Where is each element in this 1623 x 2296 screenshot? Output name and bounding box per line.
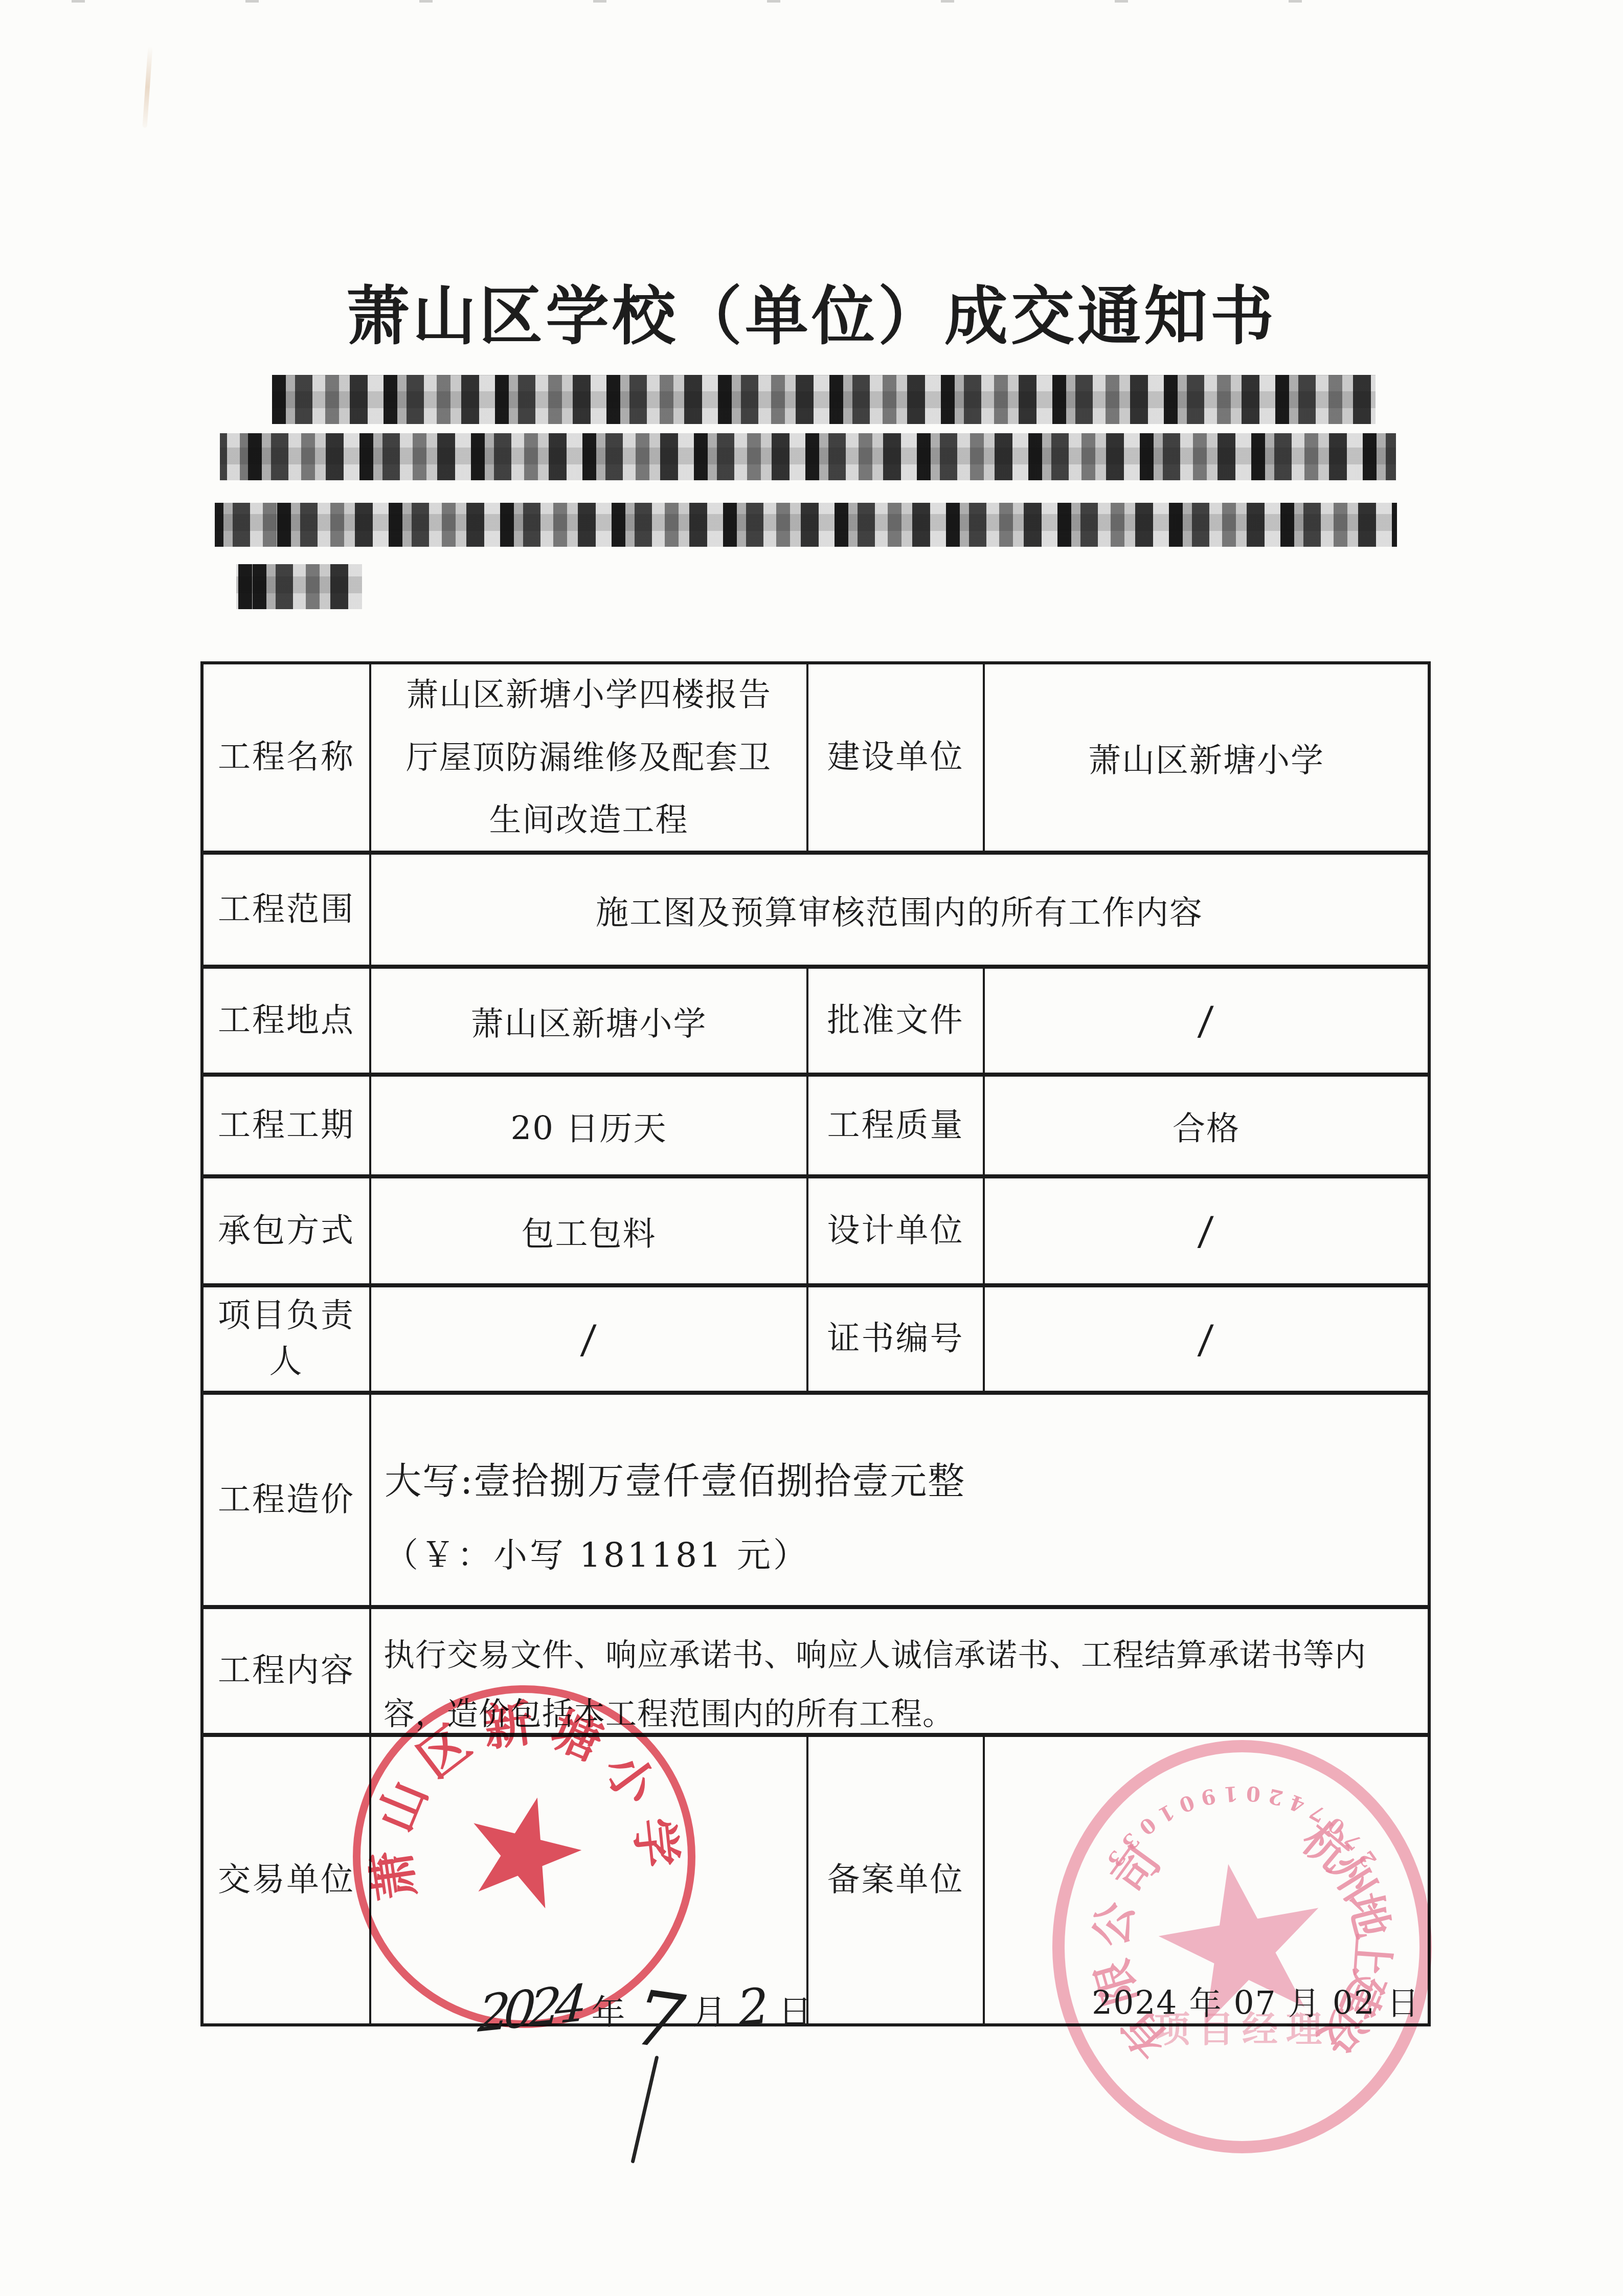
- slash-placeholder: /: [1197, 1317, 1216, 1362]
- handwritten-day: 2: [735, 1977, 772, 2037]
- label-contracting-method: 承包方式: [204, 1178, 371, 1287]
- project-manager-label-line: 项目负责: [218, 1293, 355, 1339]
- value-project-scope: 施工图及预算审核范围内的所有工作内容: [371, 855, 1428, 969]
- label-project-manager: 项目负责 人: [204, 1287, 371, 1395]
- value-project-manager: /: [371, 1287, 808, 1395]
- day-unit: 日: [778, 1985, 812, 2034]
- scanned-document-sheet: 萧山区学校（单位）成交通知书 工程名称 萧山区新塘小学四楼报告 厅屋顶防漏维修及…: [0, 0, 1623, 2296]
- label-project-scope: 工程范围: [204, 855, 371, 969]
- project-manager-label-line: 人: [269, 1339, 304, 1385]
- project-content-line: 执行交易文件、响应承诺书、响应人诚信承诺书、工程结算承诺书等内: [384, 1626, 1366, 1685]
- filing-date: 2024 年 07 月 02 日: [1089, 1977, 1423, 2024]
- value-project-duration: 20 日历天: [371, 1077, 808, 1178]
- label-project-name: 工程名称: [204, 664, 371, 855]
- value-project-cost: 大写:壹拾捌万壹仟壹佰捌拾壹元整 （￥：小写 181181 元）: [371, 1395, 1428, 1609]
- seal-arc-char: 公: [1075, 1896, 1145, 1950]
- seal-arc-char: 萧: [352, 1846, 428, 1905]
- label-certificate-number: 证书编号: [808, 1287, 985, 1395]
- label-construction-unit: 建设单位: [808, 664, 985, 855]
- seal-arc-char: 新: [479, 1684, 536, 1760]
- redacted-line: [236, 564, 362, 609]
- document-title: 萧山区学校（单位）成交通知书: [0, 265, 1623, 356]
- label-project-quality: 工程质量: [808, 1077, 985, 1178]
- value-approval-document: /: [985, 969, 1428, 1077]
- handwritten-transaction-date: 2024 年 7 月 2 日: [478, 1965, 814, 2053]
- seal-arc-char: 学: [621, 1814, 696, 1870]
- redacted-line: [215, 503, 1397, 547]
- seal-arc-char: 山: [357, 1769, 440, 1841]
- value-contracting-method: 包工包料: [371, 1178, 808, 1287]
- project-name-line: 萧山区新塘小学四楼报告: [406, 663, 772, 726]
- slash-placeholder: /: [579, 1317, 598, 1362]
- label-project-content: 工程内容: [204, 1609, 371, 1737]
- redacted-paragraph: [215, 366, 1438, 617]
- value-project-quality: 合格: [985, 1077, 1428, 1178]
- slash-placeholder: /: [1197, 998, 1216, 1043]
- handwritten-month-digit: 7: [629, 1973, 689, 2067]
- seal-arc-char: 区: [401, 1706, 483, 1792]
- value-project-name: 萧山区新塘小学四楼报告 厅屋顶防漏维修及配套卫 生间改造工程: [371, 664, 808, 855]
- value-project-location: 萧山区新塘小学: [371, 969, 808, 1077]
- label-design-unit: 设计单位: [808, 1178, 985, 1287]
- scan-edge-artifacts: [72, 0, 1401, 3]
- scan-smudge-artifact: [142, 46, 152, 128]
- slash-placeholder: /: [1197, 1208, 1216, 1254]
- handwritten-month: 7: [629, 1973, 689, 2067]
- project-name-line: 生间改造工程: [489, 789, 689, 852]
- project-name-line: 厅屋顶防漏维修及配套卫: [406, 726, 772, 789]
- label-project-location: 工程地点: [204, 969, 371, 1077]
- cost-in-words: 大写:壹拾捌万壹仟壹佰捌拾壹元整: [385, 1451, 965, 1504]
- label-project-cost: 工程造价: [204, 1395, 371, 1609]
- redacted-line: [272, 375, 1376, 424]
- label-project-duration: 工程工期: [204, 1077, 371, 1178]
- label-approval-document: 批准文件: [808, 969, 985, 1077]
- redacted-line: [220, 433, 1396, 480]
- pen-stroke-tail: [630, 2055, 659, 2163]
- value-design-unit: /: [985, 1178, 1428, 1287]
- handwritten-year: 2024: [477, 1974, 583, 2044]
- year-unit: 年: [591, 1985, 625, 2034]
- value-construction-unit: 萧山区新塘小学: [985, 664, 1428, 855]
- month-unit: 月: [693, 1985, 727, 2034]
- value-certificate-number: /: [985, 1287, 1428, 1395]
- label-filing-unit: 备案单位: [808, 1737, 985, 2023]
- label-trading-unit: 交易单位: [204, 1737, 371, 2023]
- seal-arc-char: 小: [591, 1736, 676, 1817]
- cost-in-figures: （￥：小写 181181 元）: [385, 1528, 809, 1576]
- company-seal: 33010910247072 杭州地上建设 有限公司 ★ 项目经理: [1052, 1740, 1432, 2153]
- seal-arc-char: 塘: [542, 1690, 614, 1774]
